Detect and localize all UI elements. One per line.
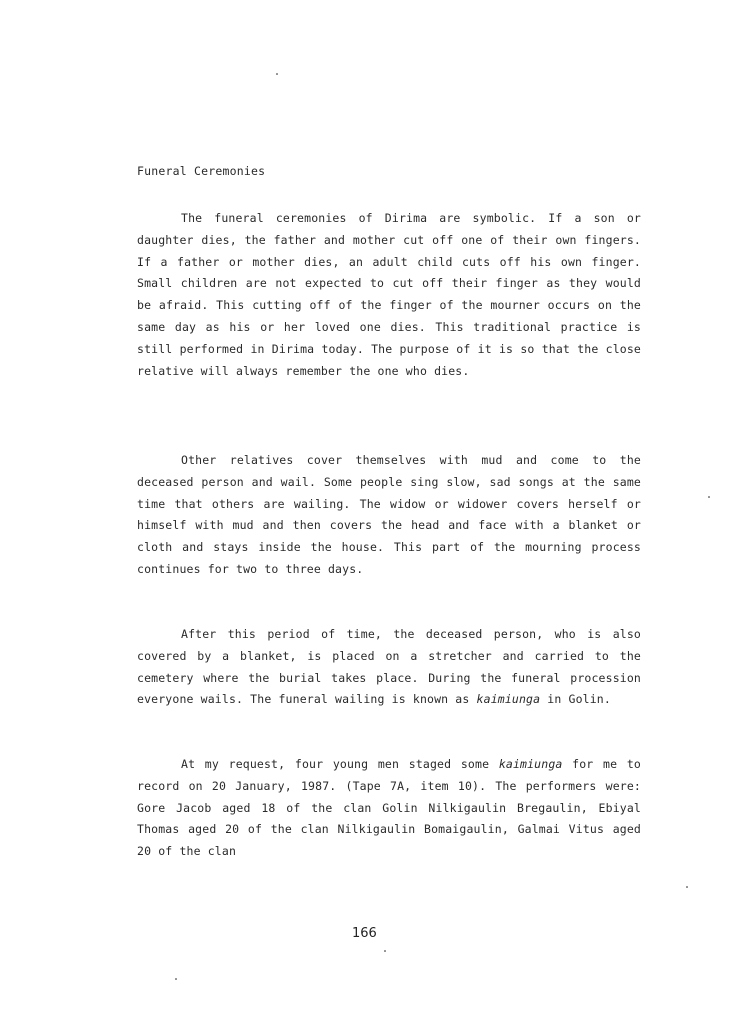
scan-speck (175, 978, 177, 980)
scan-speck (276, 73, 278, 75)
text-segment: in Golin. (540, 692, 611, 706)
paragraph-funeral-symbolism: The funeral ceremonies of Dirima are sym… (137, 208, 641, 382)
document-page: Funeral Ceremonies The funeral ceremonie… (0, 0, 740, 1017)
page-number: 166 (352, 926, 377, 941)
vernacular-term: kaimiunga (499, 757, 563, 771)
section-title: Funeral Ceremonies (137, 164, 265, 178)
scan-speck (686, 886, 688, 888)
text-segment: for me to record on 20 January, 1987. (T… (137, 757, 641, 858)
scan-speck (384, 950, 386, 952)
scan-speck (708, 496, 710, 498)
text-segment: At my request, four young men staged som… (181, 757, 499, 771)
paragraph-mourning-process: Other relatives cover themselves with mu… (137, 450, 641, 581)
vernacular-term: kaimiunga (477, 692, 541, 706)
paragraph-recording-performers: At my request, four young men staged som… (137, 754, 641, 863)
paragraph-funeral-procession: After this period of time, the deceased … (137, 624, 641, 711)
